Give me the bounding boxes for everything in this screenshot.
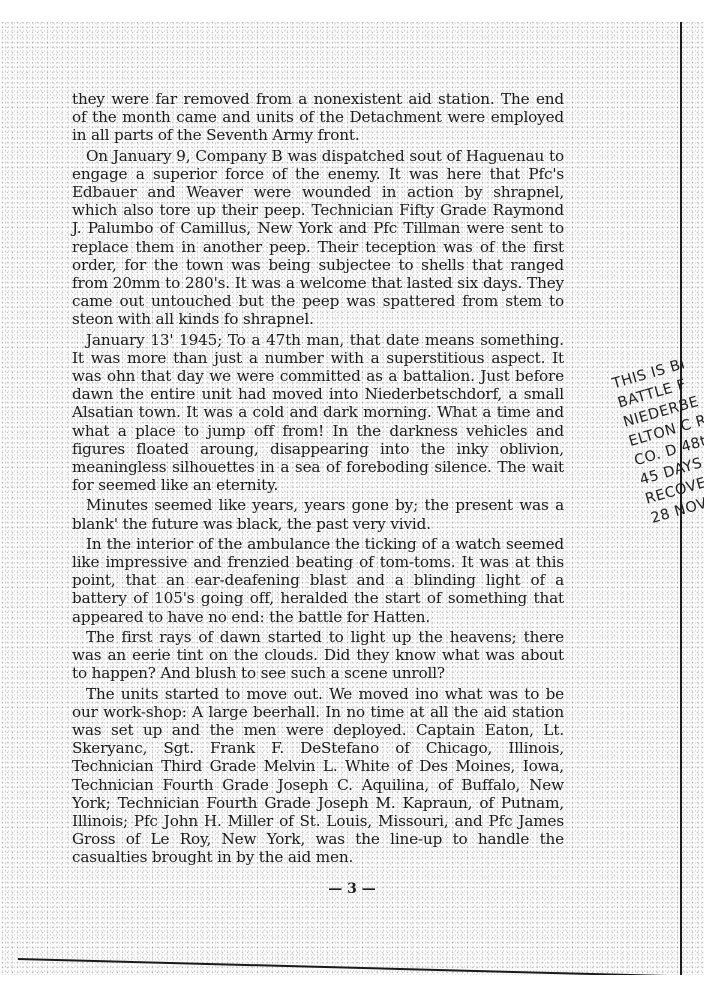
paragraph: Minutes seemed like years, years gone by… bbox=[72, 496, 564, 532]
paragraph: they were far removed from a nonexistent… bbox=[72, 90, 564, 145]
paragraph: The units started to move out. We moved … bbox=[72, 685, 564, 867]
paragraph: January 13' 1945; To a 47th man, that da… bbox=[72, 331, 564, 495]
paragraph: In the interior of the ambulance the tic… bbox=[72, 535, 564, 626]
page-edge-right bbox=[680, 22, 682, 980]
scanned-page: they were far removed from a nonexistent… bbox=[0, 0, 704, 1000]
page-number: — 3 — bbox=[0, 881, 704, 897]
paragraph: The first rays of dawn started to light … bbox=[72, 628, 564, 683]
body-text: they were far removed from a nonexistent… bbox=[72, 90, 564, 869]
paragraph: On January 9, Company B was dispatched s… bbox=[72, 147, 564, 329]
scan-bottom-margin bbox=[0, 975, 704, 1000]
scan-top-margin bbox=[0, 0, 704, 22]
handwritten-margin-note: THIS IS BI BATTLE F NIEDERBE ELTON C RO … bbox=[610, 345, 704, 529]
